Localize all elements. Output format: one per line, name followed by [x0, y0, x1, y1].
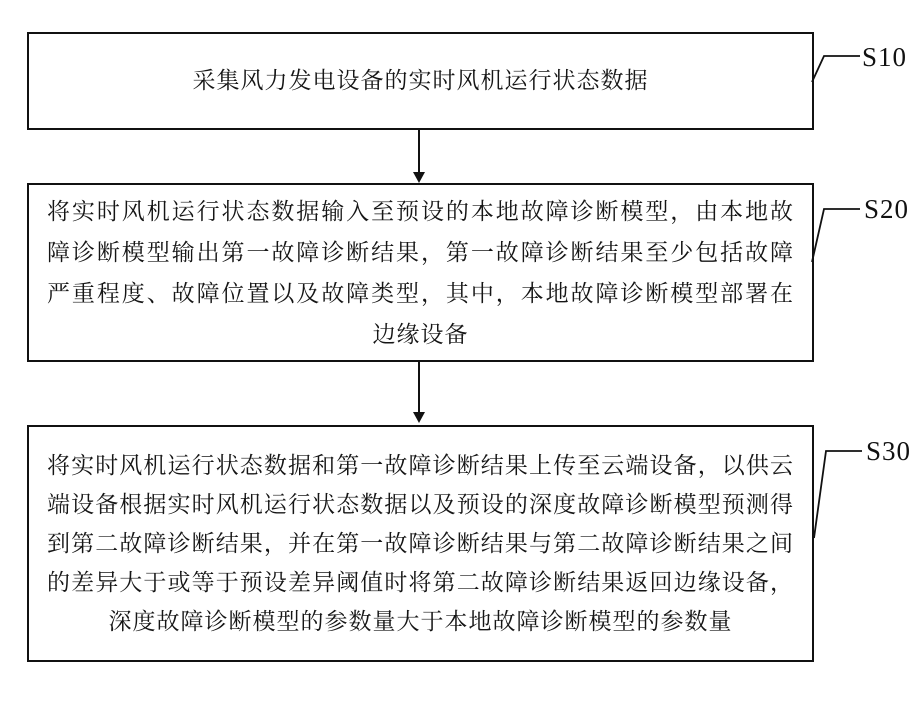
down-arrow-connector-1: [413, 128, 425, 183]
leader-line-s10: [812, 56, 860, 82]
step-text-line: 将实时风机运行状态数据和第一故障诊断结果上传至云端设备，以供云: [29, 446, 812, 485]
step-text-line: 障诊断模型输出第一故障诊断结果，第一故障诊断结果至少包括故障: [29, 232, 812, 273]
step-text-line: 深度故障诊断模型的参数量大于本地故障诊断模型的参数量: [29, 602, 812, 641]
patent-flowchart-figure: 采集风力发电设备的实时风机运行状态数据 将实时风机运行状态数据输入至预设的本地故…: [0, 0, 921, 714]
step-box-s10: 采集风力发电设备的实时风机运行状态数据: [27, 32, 814, 130]
step-text-line: 采集风力发电设备的实时风机运行状态数据: [29, 66, 812, 96]
step-text-line: 的差异大于或等于预设差异阈值时将第二故障诊断结果返回边缘设备，: [29, 563, 812, 602]
down-arrow-connector-2: [413, 360, 425, 423]
step-text-line: 将实时风机运行状态数据输入至预设的本地故障诊断模型，由本地故: [29, 191, 812, 232]
leader-line-s20: [812, 209, 860, 262]
step-box-s20: 将实时风机运行状态数据输入至预设的本地故障诊断模型，由本地故 障诊断模型输出第一…: [27, 183, 814, 362]
step-text-line: 端设备根据实时风机运行状态数据以及预设的深度故障诊断模型预测得: [29, 485, 812, 524]
step-text-line: 到第二故障诊断结果，并在第一故障诊断结果与第二故障诊断结果之间: [29, 524, 812, 563]
step-box-s30: 将实时风机运行状态数据和第一故障诊断结果上传至云端设备，以供云 端设备根据实时风…: [27, 425, 814, 662]
step-text-line: 边缘设备: [29, 314, 812, 355]
step-label-s10: S10: [862, 42, 907, 73]
leader-line-s30: [814, 451, 862, 538]
step-label-s30: S30: [866, 436, 911, 467]
step-label-s20: S20: [864, 194, 909, 225]
step-text-line: 严重程度、故障位置以及故障类型，其中，本地故障诊断模型部署在: [29, 273, 812, 314]
